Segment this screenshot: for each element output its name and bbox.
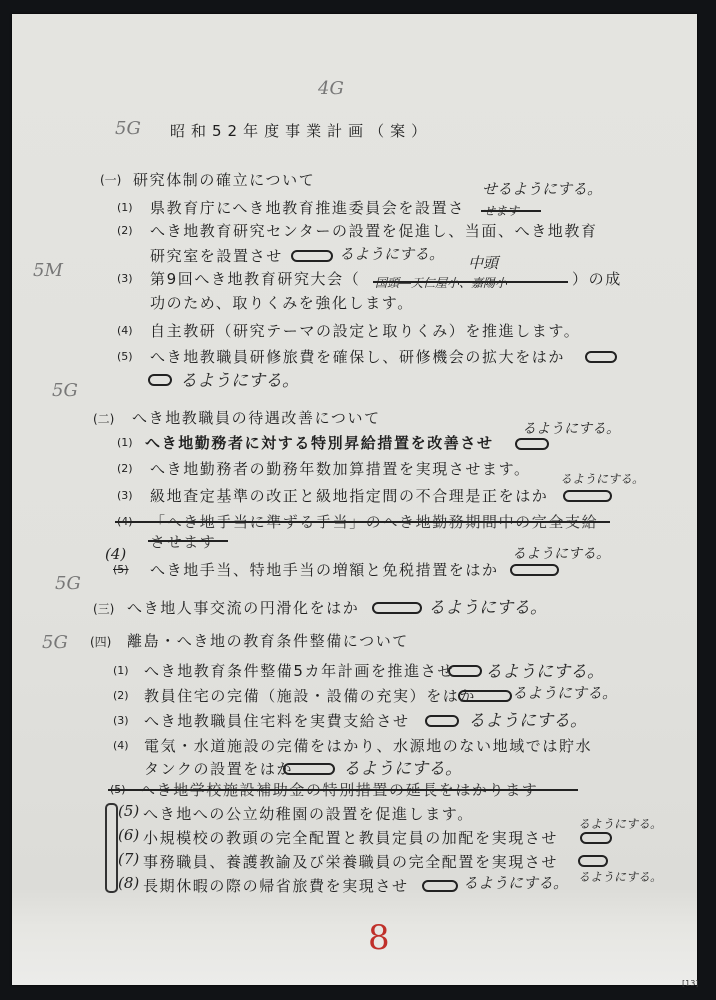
handwritten-correction: るようにする。 [180,366,299,391]
handwritten-correction: せるようにする。 [482,178,602,199]
strikethrough [373,281,568,283]
scribbled-out-text [585,351,617,363]
handwritten-correction: るようにする。 [578,868,662,885]
handwritten-correction: るようにする。 [560,470,644,487]
item-text: へき地勤務者に対する特別昇給措置を改善させ [145,432,494,453]
item-text: へき地教育条件整備5カ年計画を推進させ [144,660,454,681]
section-heading: へき地人事交流の円滑化をはか [127,597,359,618]
strikethrough [481,210,541,212]
item-text: 級地査定基準の改正と級地指定間の不合理是正をはか [150,485,548,506]
scribbled-out-text [448,665,482,677]
handwritten-correction: るようにする。 [522,418,620,438]
scribbled-out-text [425,715,459,727]
pencil-annotation-top: 4G [318,78,344,99]
strikethrough [148,540,228,542]
item-text: タンクの設置をはか [144,758,293,779]
item-number: (5) [117,350,133,363]
section-marker: (三) [93,600,114,617]
item-number: (1) [117,436,133,449]
item-number: (3) [117,489,133,502]
scribbled-out-text [291,250,333,262]
item-number: (2) [117,224,133,237]
item-text: 電気・水道施設の完備をはかり、水源地のない地域では貯水 [144,735,592,756]
item-text: へき地勤務者の勤務年数加算措置を実現させます。 [150,458,531,479]
item-number: (1) [117,201,133,214]
scribbled-out-text [422,880,458,892]
handwritten-item-number: (7) [118,850,139,868]
handwritten-correction: るようにする。 [428,593,547,618]
handwritten-correction: るようにする。 [468,706,587,731]
archive-stamp: [13] [682,979,698,988]
scribbled-out-text [580,832,612,844]
item-number: (2) [117,462,133,475]
item-text: 第9回へき地教育研究大会（ [150,268,360,289]
scribbled-out-text [148,374,172,386]
scribbled-out-text [510,564,559,576]
item-text: ）の成 [572,268,622,289]
item-text: へき地教職員研修旅費を確保し、研修機会の拡大をはか [150,346,565,367]
section-heading: へき地教職員の待遇改善について [132,407,381,428]
pencil-annotation-title-margin: 5G [115,118,141,139]
item-number: (2) [113,689,129,702]
pencil-annotation-sec4: 5G [42,632,68,653]
handwritten-correction: るようにする。 [578,815,662,832]
handwritten-correction: るようにする。 [463,872,568,893]
item-text: へき地への公立幼稚園の設置を促進します。 [143,803,474,824]
item-number: (3) [113,714,129,727]
item-text: へき地手当、特地手当の増額と免税措置をはか [150,559,499,580]
bracket-mark [105,803,118,893]
item-number: (4) [117,324,133,337]
scribbled-out-text [372,602,422,614]
pencil-annotation-sec2: 5G [52,380,78,401]
item-number: (3) [117,272,133,285]
scribbled-out-text [458,690,512,702]
item-text: 教員住宅の完備（施設・設備の充実）をはか [144,685,476,706]
section-marker: (二) [93,410,114,427]
item-text: 功のため、取りくみを強化します。 [150,292,414,313]
item-text: 長期休暇の際の帰省旅費を実現させ [143,875,409,896]
strikethrough [108,789,578,791]
item-text: 小規模校の教頭の完全配置と教員定員の加配を実現させ [143,827,558,848]
item-text: 自主教研（研究テーマの設定と取りくみ）を推進します。 [150,320,580,341]
section-heading: 離島・へき地の教育条件整備について [127,630,409,651]
scribbled-out-text [578,855,608,867]
red-page-number: 8 [368,918,390,958]
item-text: へき地教育研究センターの設置を促進し、当面、へき地教育 [150,220,598,241]
pencil-annotation-item3: 5M [33,260,63,281]
struck-item-number: (5) [113,563,129,576]
handwritten-correction: るようにする。 [485,657,604,682]
section-heading: 研究体制の確立について [133,169,315,190]
handwritten-item-number: (4) [105,545,126,563]
handwritten-item-number: (8) [118,874,139,892]
item-text: へき地教職員住宅料を実費支給させ [144,710,410,731]
scribbled-out-text [515,438,549,450]
item-number: (1) [113,664,129,677]
handwritten-insertion: 中頭 [468,252,498,273]
pencil-annotation-sec3: 5G [55,573,81,594]
handwritten-item-number: (5) [118,802,139,820]
handwritten-correction: るようにする。 [512,682,617,703]
handwritten-correction: るようにする。 [512,543,610,563]
handwritten-correction: るようにする。 [339,243,444,264]
scribbled-out-text [563,490,612,502]
item-text: 県教育庁にへき地教育推進委員会を設置さ [150,197,465,218]
handwritten-correction: るようにする。 [343,754,462,779]
page-title: 昭和52年度事業計画（案） [170,120,432,141]
item-text: 事務職員、養護教諭及び栄養職員の完全配置を実現させ [143,851,558,872]
handwritten-item-number: (6) [118,826,139,844]
item-number: (4) [113,739,129,752]
section-marker: (四) [90,633,111,650]
scribbled-out-text [283,763,335,775]
item-text: 研究室を設置させ [150,245,283,266]
section-marker: (一) [100,171,121,188]
strikethrough [115,521,610,523]
